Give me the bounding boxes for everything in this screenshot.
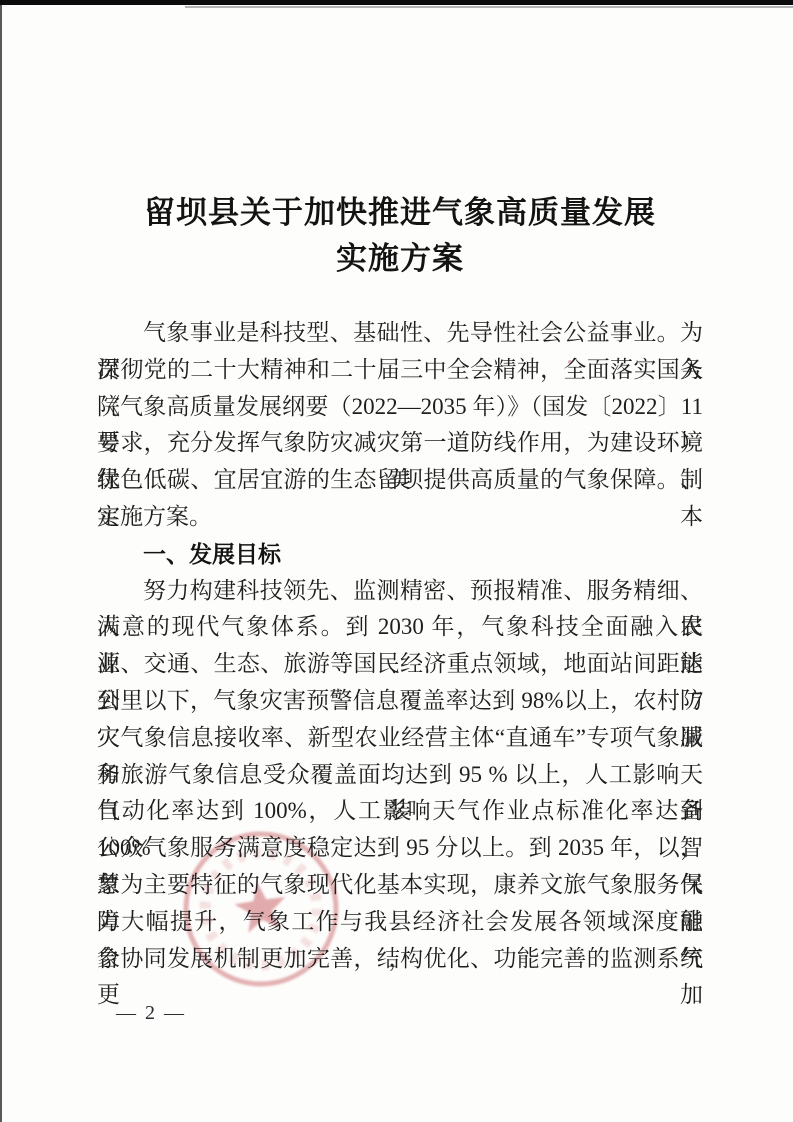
scanned-document-page: 留坝县关于加快推进气象高质量发展 实施方案 气象事业是科技型、基础性、先导性社会… bbox=[0, 0, 793, 1122]
paragraph2-line: 灾气象信息接收率、新型农业经营主体“直通车”专项气象服务 bbox=[97, 720, 703, 757]
paragraph2-line: 公里以下，气象灾害预警信息覆盖率达到 98%以上，农村防灾减 bbox=[97, 683, 703, 720]
paragraph2-line: 满意的现代气象体系。到 2030 年，气象科技全面融入农业、能 bbox=[97, 609, 703, 646]
paragraph2-line: 力大幅提升，气象工作与我县经济社会发展各领域深度融合，气 bbox=[97, 904, 703, 941]
paragraph1-line: 贯彻党的二十大精神和二十届三中全会精神，全面落实国务院 bbox=[97, 352, 703, 389]
document-title: 留坝县关于加快推进气象高质量发展 实施方案 bbox=[97, 190, 703, 282]
paragraph1-line: 要求，充分发挥气象防灾减灾第一道防线作用，为建设环境优美、 bbox=[97, 425, 703, 462]
section-heading: 一、发展目标 bbox=[97, 536, 703, 573]
title-line-2: 实施方案 bbox=[97, 236, 703, 282]
paragraph2-line: 努力构建科技领先、监测精密、预报精准、服务精细、人民 bbox=[97, 573, 703, 610]
paragraphs: 气象事业是科技型、基础性、先导性社会公益事业。为深入 贯彻党的二十大精神和二十届… bbox=[97, 315, 703, 977]
page-number: — 2 — bbox=[116, 1002, 186, 1025]
paragraph2-line: 象为主要特征的气象现代化基本实现，康养文旅气象服务保障能 bbox=[97, 867, 703, 904]
document-body: 留坝县关于加快推进气象高质量发展 实施方案 气象事业是科技型、基础性、先导性社会… bbox=[97, 190, 703, 977]
paragraph2-line: 源、交通、生态、旅游等国民经济重点领域，地面站间距达到 7 bbox=[97, 646, 703, 683]
paragraph2-line: 公众气象服务满意度稳定达到 95 分以上。到 2035 年，以智慧气 bbox=[97, 830, 703, 867]
paragraph2-line: 象协同发展机制更加完善，结构优化、功能完善的监测系统更加 bbox=[97, 941, 703, 978]
paragraph2-line: 自动化率达到 100%，人工影响天气作业点标准化率达到 100%， bbox=[97, 793, 703, 830]
paragraph1-line: 《气象高质量发展纲要（2022—2035 年）》（国发〔2022〕11 号） bbox=[97, 389, 703, 426]
scan-edge-left bbox=[0, 5, 2, 1122]
title-line-1: 留坝县关于加快推进气象高质量发展 bbox=[97, 190, 703, 236]
scan-edge-top bbox=[0, 0, 793, 5]
paragraph2-line: 和旅游气象信息受众覆盖面均达到 95 % 以上，人工影响天气装备 bbox=[97, 757, 703, 794]
paragraph1-line: 绿色低碳、宜居宜游的生态留坝提供高质量的气象保障。制定本 bbox=[97, 462, 703, 499]
paragraph1-line: 气象事业是科技型、基础性、先导性社会公益事业。为深入 bbox=[97, 315, 703, 352]
scan-edge-top-shadow bbox=[185, 6, 793, 8]
